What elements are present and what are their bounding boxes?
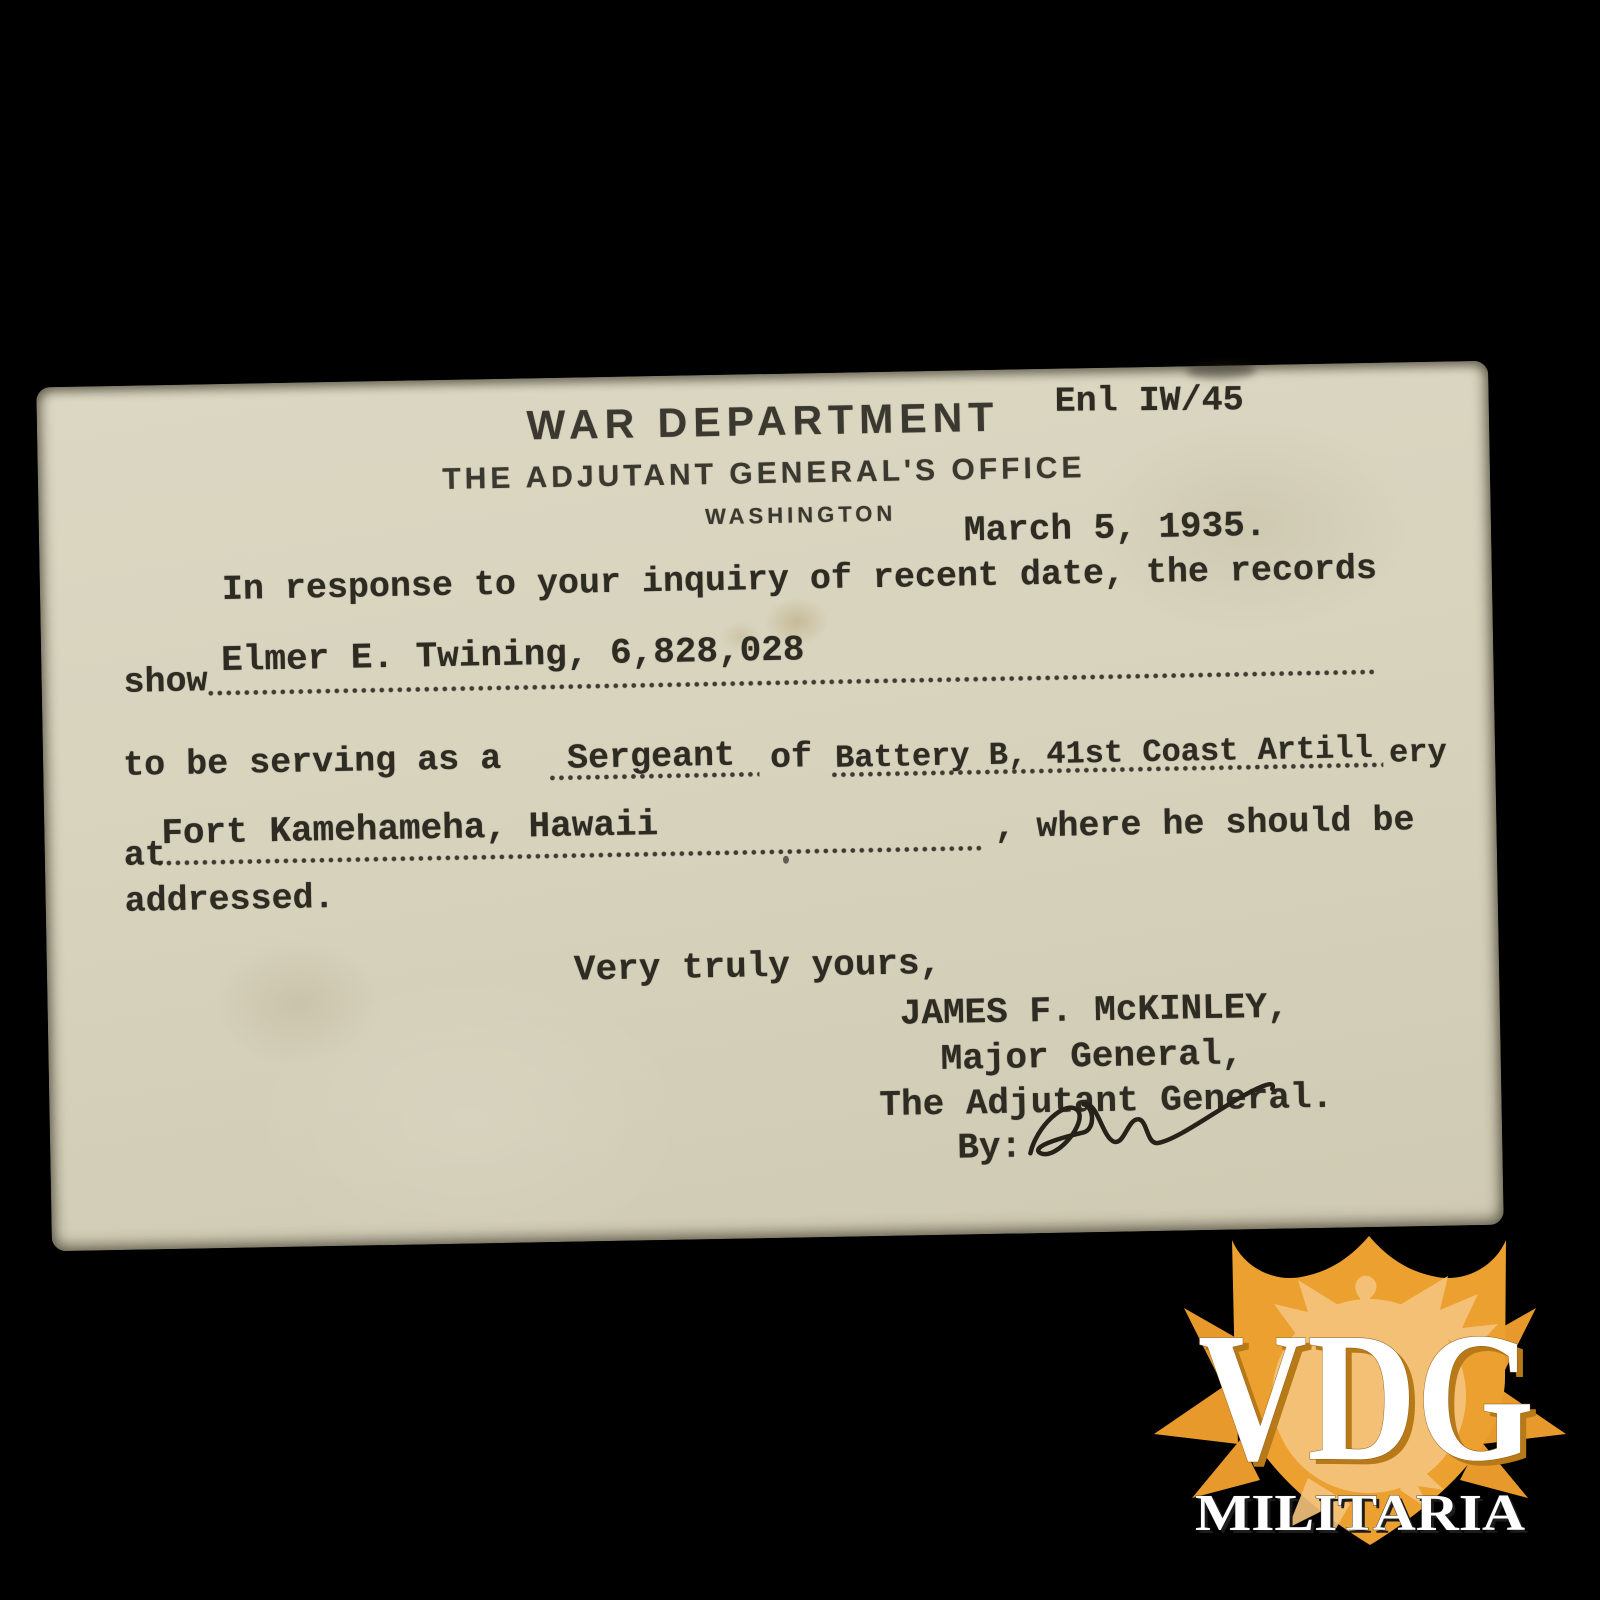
serving-label: to be serving as a — [123, 739, 502, 786]
subtitle-text: MILITARIA — [1195, 1485, 1525, 1542]
brand-text: VDG — [1198, 1295, 1534, 1500]
signer-rank: Major General, — [940, 1033, 1243, 1080]
at-label: at — [123, 835, 166, 876]
soldier-name-value: Elmer E. Twining, 6,828,028 — [221, 629, 805, 681]
ink-smudge — [1186, 362, 1256, 379]
stray-ink-speck — [783, 856, 789, 864]
unit-overflow-text: ery — [1389, 734, 1447, 772]
body-line-1: In response to your inquiry of recent da… — [222, 549, 1378, 610]
date-line: March 5, 1935. — [964, 505, 1267, 552]
vdg-militaria-watermark: VDG VDG MILITARIA MILITARIA — [1148, 1228, 1572, 1580]
signature-scribble — [1021, 1076, 1323, 1181]
photo-background: WAR DEPARTMENT THE ADJUTANT GENERAL'S OF… — [0, 0, 1600, 1600]
where-text: , where he should be — [994, 800, 1415, 848]
reference-number: Enl IW/45 — [1054, 380, 1243, 421]
location-value: Fort Kamehameha, Hawaii — [161, 804, 659, 854]
of-label: of — [770, 737, 813, 778]
postcard: WAR DEPARTMENT THE ADJUTANT GENERAL'S OF… — [36, 361, 1504, 1251]
by-label: By: — [957, 1126, 1023, 1168]
show-label: show — [123, 661, 208, 703]
signer-name: JAMES F. McKINLEY, — [899, 987, 1289, 1035]
valediction: Very truly yours, — [574, 943, 942, 991]
addressed-text: addressed. — [124, 878, 335, 922]
